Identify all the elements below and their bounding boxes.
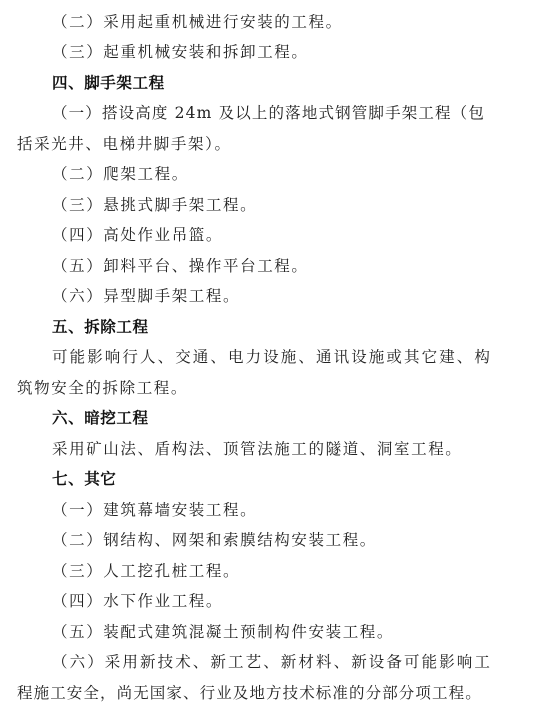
- list-item: （三）人工挖孔桩工程。: [52, 560, 537, 582]
- list-item: （二）采用起重机械进行安装的工程。: [52, 11, 537, 33]
- paragraph-continuation: 筑物安全的拆除工程。: [17, 377, 523, 399]
- section-heading: 六、暗挖工程: [52, 407, 537, 429]
- list-item: （一）搭设高度 24m 及以上的落地式钢管脚手架工程（包: [52, 102, 537, 124]
- list-item: （六）采用新技术、新工艺、新材料、新设备可能影响工: [52, 651, 537, 673]
- section-heading: 五、拆除工程: [52, 316, 537, 338]
- list-item: （三）悬挑式脚手架工程。: [52, 194, 537, 216]
- list-item: （五）装配式建筑混凝土预制构件安装工程。: [52, 621, 537, 643]
- list-item-continuation: 程施工安全，尚无国家、行业及地方技术标准的分部分项工程。: [17, 682, 523, 704]
- list-item: （一）建筑幕墙安装工程。: [52, 499, 537, 521]
- list-item: （四）水下作业工程。: [52, 590, 537, 612]
- list-item: （二）爬架工程。: [52, 163, 537, 185]
- list-item-continuation: 括采光井、电梯井脚手架）。: [17, 133, 523, 155]
- list-item: （三）起重机械安装和拆卸工程。: [52, 41, 537, 63]
- list-item: （六）异型脚手架工程。: [52, 285, 537, 307]
- section-heading: 七、其它: [52, 468, 537, 490]
- list-item: （四）高处作业吊篮。: [52, 224, 537, 246]
- section-heading: 四、脚手架工程: [52, 72, 537, 94]
- list-item: （五）卸料平台、操作平台工程。: [52, 255, 537, 277]
- paragraph: 采用矿山法、盾构法、顶管法施工的隧道、洞室工程。: [52, 438, 537, 460]
- list-item: （二）钢结构、网架和索膜结构安装工程。: [52, 529, 537, 551]
- paragraph: 可能影响行人、交通、电力设施、通讯设施或其它建、构: [52, 346, 537, 368]
